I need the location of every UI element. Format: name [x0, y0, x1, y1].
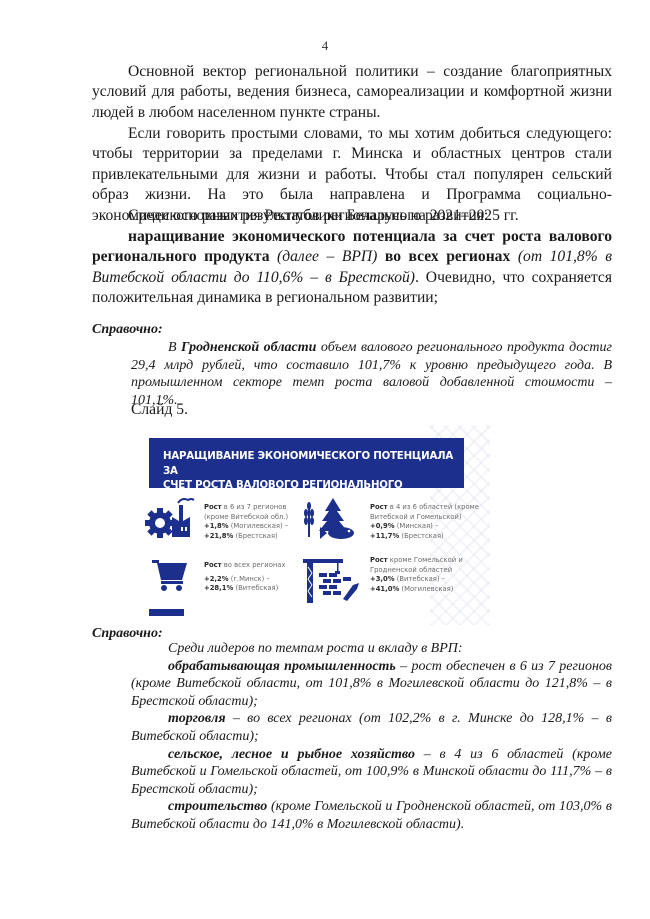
leader-item: строительство (кроме Гомельской и Гродне…: [131, 798, 612, 833]
stat-trade: Рост во всех регионах +2,2% (г.Минск) – …: [204, 561, 286, 594]
stat-line: (Витебская): [233, 584, 278, 592]
stat-line: в 4 из 6 областей (кроме: [388, 503, 479, 511]
leader-item: торговля – во всех регионах (от 102,2% в…: [131, 710, 612, 745]
stat-line: (Витебская) –: [395, 575, 446, 583]
paragraph-results-intro: Среди основных результатов регионального…: [92, 206, 612, 226]
leader-item: сельское, лесное и рыбное хозяйство – в …: [131, 746, 612, 799]
reference-grodno: В Гродненской области объем валового рег…: [131, 339, 612, 409]
page-number: 4: [0, 38, 650, 54]
agriculture-forest-fish-icon: [303, 495, 363, 540]
bold-text: Гродненской области: [181, 340, 316, 355]
bold-text: торговля: [168, 711, 226, 726]
stat-line: в 6 из 7 регионов: [222, 503, 287, 511]
stat-industry: Рост в 6 из 7 регионов (кроме Витебской …: [204, 503, 288, 541]
stat-value: +28,1%: [204, 584, 233, 592]
stat-head: Рост: [370, 503, 388, 511]
reference-leaders: Среди лидеров по темпам роста и вкладу в…: [131, 640, 612, 834]
stat-line: (Могилевская): [399, 585, 453, 593]
stat-line: Гродненской областей: [370, 566, 463, 576]
paragraph-grp-growth: наращивание экономического потенциала за…: [92, 227, 612, 309]
leader-item: обрабатывающая промышленность – рост обе…: [131, 658, 612, 711]
bold-text: сельское, лесное и рыбное хозяйство: [168, 747, 415, 762]
paragraph-text: Основной вектор региональной политики – …: [92, 63, 612, 121]
stat-line: во всех регионах: [222, 561, 286, 569]
bold-text: во всех регионах: [385, 248, 510, 265]
stat-line: (Брестская): [399, 532, 443, 540]
bold-text: обрабатывающая промышленность: [168, 659, 396, 674]
ref-intro: Среди лидеров по темпам роста и вкладу в…: [168, 641, 463, 656]
stat-value: +0,9%: [370, 522, 395, 530]
reference-label: Справочно:: [92, 322, 163, 338]
slide-image: НАРАЩИВАНИЕ ЭКОНОМИЧЕСКОГО ПОТЕНЦИАЛА ЗА…: [140, 425, 490, 625]
slide-accent-bar: [149, 609, 184, 616]
construction-crane-icon: [303, 555, 363, 603]
stat-head: Рост: [204, 561, 222, 569]
stat-line: Витебской и Гомельской): [370, 513, 479, 523]
stat-agriculture: Рост в 4 из 6 областей (кроме Витебской …: [370, 503, 479, 541]
italic-text: (далее – ВРП): [270, 248, 385, 265]
stat-construction: Рост кроме Гомельской и Гродненской обла…: [370, 556, 463, 594]
slide-title-line: НАРАЩИВАНИЕ ЭКОНОМИЧЕСКОГО ПОТЕНЦИАЛА ЗА: [163, 450, 464, 479]
slide-title-banner: НАРАЩИВАНИЕ ЭКОНОМИЧЕСКОГО ПОТЕНЦИАЛА ЗА…: [149, 438, 464, 488]
ref-text: В: [168, 340, 181, 355]
stat-head: Рост: [204, 503, 222, 511]
stat-line: (кроме Витебской обл.): [204, 513, 288, 523]
stat-value: +3,0%: [370, 575, 395, 583]
paragraph-policy-vector: Основной вектор региональной политики – …: [92, 62, 612, 123]
stat-value: +1,8%: [204, 522, 229, 530]
shopping-cart-icon: [152, 560, 190, 592]
stat-line: (г.Минск) –: [229, 575, 270, 583]
stat-line: (Брестская): [233, 532, 277, 540]
stat-line: (Минская) –: [395, 522, 439, 530]
bold-text: строительство: [168, 799, 267, 814]
paragraph-text: Среди основных результатов регионального…: [128, 207, 488, 224]
stat-line: кроме Гомельской и: [388, 556, 463, 564]
stat-value: +2,2%: [204, 575, 229, 583]
stat-value: +41,0%: [370, 585, 399, 593]
stat-value: +11,7%: [370, 532, 399, 540]
stat-head: Рост: [370, 556, 388, 564]
stat-value: +21,8%: [204, 532, 233, 540]
industry-gear-icon: [144, 495, 196, 539]
slide-label: Слайд 5.: [131, 401, 188, 419]
stat-line: (Могилевская) –: [229, 522, 289, 530]
